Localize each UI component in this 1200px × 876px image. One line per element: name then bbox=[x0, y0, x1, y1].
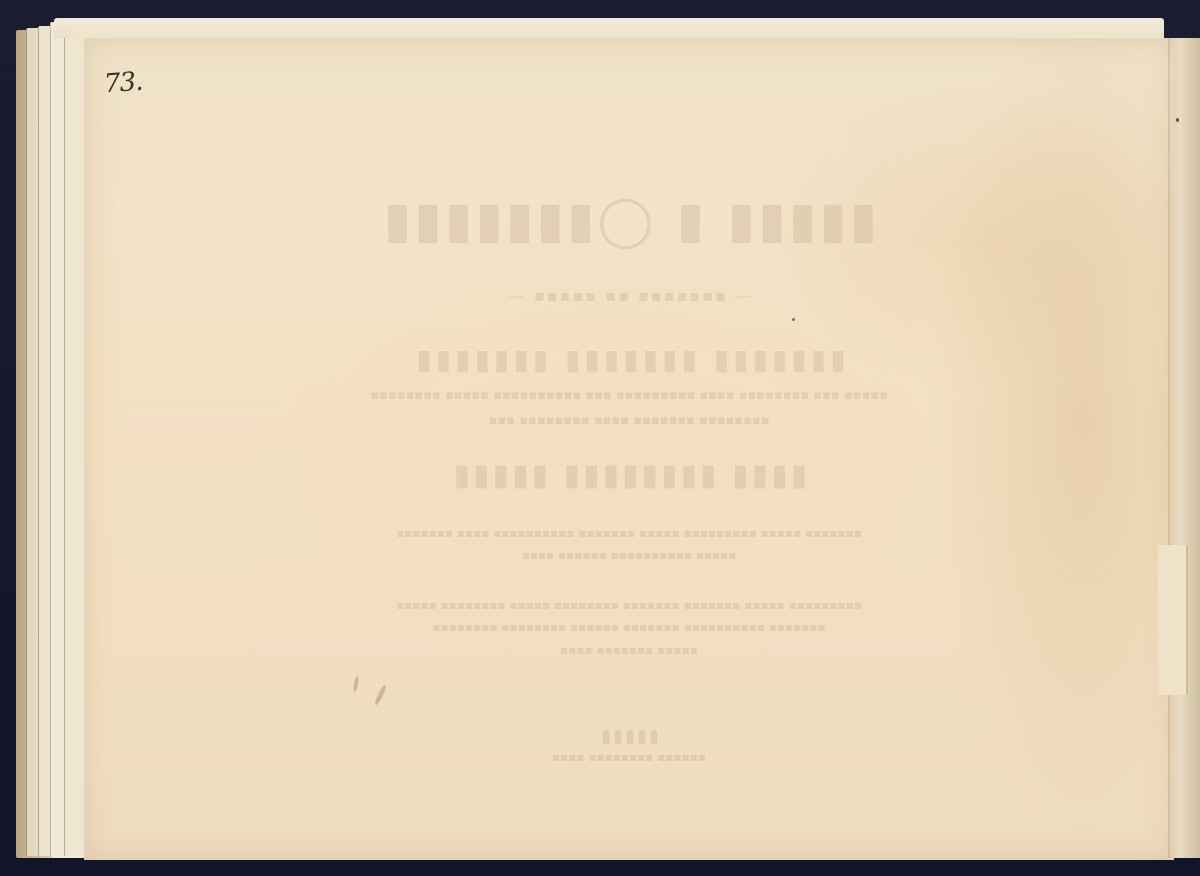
torn-page-tab bbox=[1158, 545, 1188, 695]
page-fold bbox=[1168, 38, 1171, 858]
book-page bbox=[84, 38, 1174, 860]
speck bbox=[792, 318, 795, 321]
handwritten-page-number: 73. bbox=[103, 67, 143, 100]
scan-scene: ▮▮▮▮▮ ▮ ◯▮▮▮▮▮▮▮ — ▪▪▪▪▪▪▪ ▪▪ ▪▪▪▪▪ — ▮▮… bbox=[0, 0, 1200, 876]
speck bbox=[1176, 118, 1179, 122]
